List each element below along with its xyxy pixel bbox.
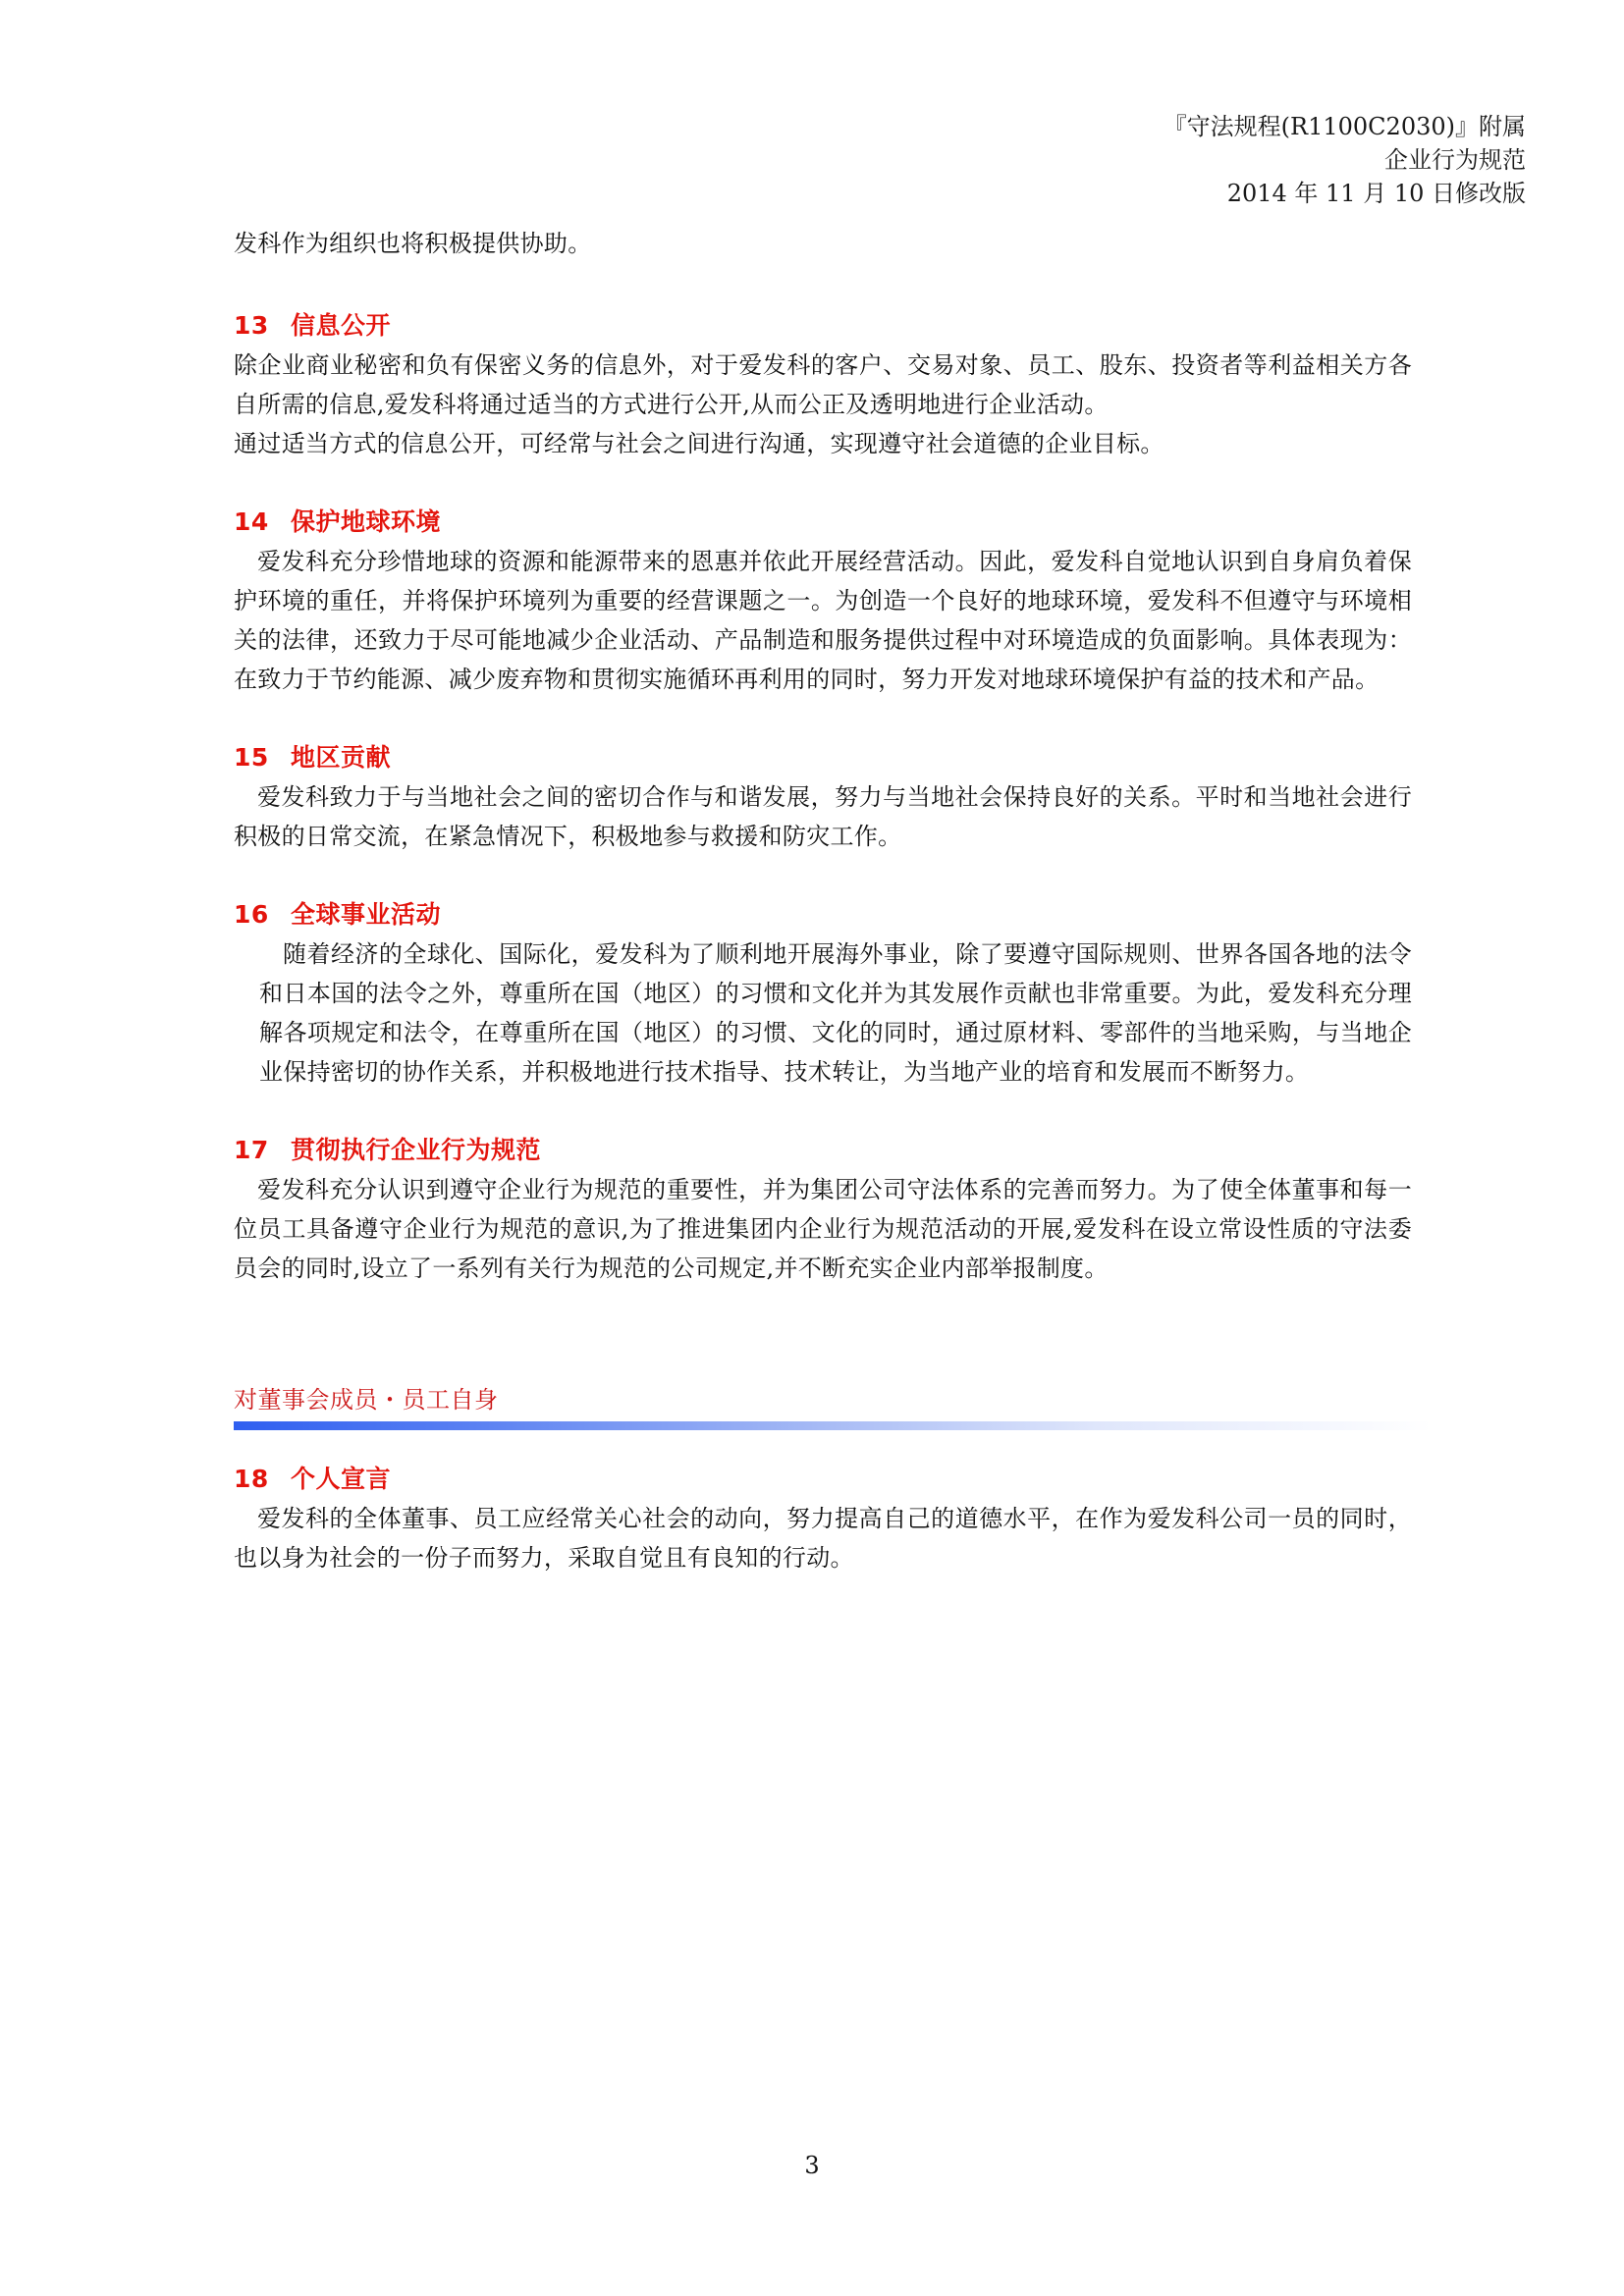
section-heading: 15地区贡献 bbox=[234, 738, 1412, 777]
section-heading: 14保护地球环境 bbox=[234, 503, 1412, 542]
header-document-name: 企业行为规范 bbox=[1164, 143, 1526, 177]
section-body: 除企业商业秘密和负有保密义务的信息外，对于爱发科的客户、交易对象、员工、股东、投… bbox=[234, 346, 1412, 463]
section-title: 个人宣言 bbox=[291, 1465, 391, 1493]
paragraph: 通过适当方式的信息公开，可经常与社会之间进行沟通，实现遵守社会道德的企业目标。 bbox=[234, 424, 1412, 463]
section-13: 13信息公开 除企业商业秘密和负有保密义务的信息外，对于爱发科的客户、交易对象、… bbox=[234, 306, 1412, 463]
section-15: 15地区贡献 爱发科致力于与当地社会之间的密切合作与和谐发展，努力与当地社会保持… bbox=[234, 738, 1412, 856]
section-number: 16 bbox=[234, 895, 291, 934]
section-heading: 17贯彻执行企业行为规范 bbox=[234, 1131, 1412, 1170]
paragraph: 爱发科充分认识到遵守企业行为规范的重要性，并为集团公司守法体系的完善而努力。为了… bbox=[234, 1170, 1412, 1288]
header-revision-date: 2014 年 11 月 10 日修改版 bbox=[1164, 177, 1526, 210]
section-number: 13 bbox=[234, 306, 291, 346]
page-number: 3 bbox=[0, 2152, 1624, 2179]
section-body: 随着经济的全球化、国际化，爱发科为了顺利地开展海外事业，除了要遵守国际规则、世界… bbox=[234, 934, 1412, 1092]
paragraph: 爱发科的全体董事、员工应经常关心社会的动向，努力提高自己的道德水平，在作为爱发科… bbox=[234, 1499, 1412, 1577]
section-title: 贯彻执行企业行为规范 bbox=[291, 1136, 541, 1164]
gradient-divider-bar bbox=[234, 1421, 1432, 1430]
section-heading: 16全球事业活动 bbox=[234, 895, 1412, 934]
paragraph: 随着经济的全球化、国际化，爱发科为了顺利地开展海外事业，除了要遵守国际规则、世界… bbox=[259, 934, 1412, 1092]
section-title: 信息公开 bbox=[291, 311, 391, 340]
section-body: 爱发科充分认识到遵守企业行为规范的重要性，并为集团公司守法体系的完善而努力。为了… bbox=[234, 1170, 1412, 1288]
section-body: 爱发科致力于与当地社会之间的密切合作与和谐发展，努力与当地社会保持良好的关系。平… bbox=[234, 777, 1412, 856]
section-body: 爱发科充分珍惜地球的资源和能源带来的恩惠并依此开展经营活动。因此，爱发科自觉地认… bbox=[234, 542, 1412, 699]
section-14: 14保护地球环境 爱发科充分珍惜地球的资源和能源带来的恩惠并依此开展经营活动。因… bbox=[234, 503, 1412, 699]
paragraph: 除企业商业秘密和负有保密义务的信息外，对于爱发科的客户、交易对象、员工、股东、投… bbox=[234, 346, 1412, 424]
section-number: 17 bbox=[234, 1131, 291, 1170]
section-number: 18 bbox=[234, 1460, 291, 1499]
section-heading: 13信息公开 bbox=[234, 306, 1412, 346]
category-title: 对董事会成员・员工自身 bbox=[234, 1382, 1412, 1417]
section-title: 保护地球环境 bbox=[291, 507, 441, 536]
section-number: 15 bbox=[234, 738, 291, 777]
document-header: 『守法规程(R1100C2030)』附属 企业行为规范 2014 年 11 月 … bbox=[1164, 110, 1526, 210]
section-16: 16全球事业活动 随着经济的全球化、国际化，爱发科为了顺利地开展海外事业，除了要… bbox=[234, 895, 1412, 1092]
paragraph: 爱发科致力于与当地社会之间的密切合作与和谐发展，努力与当地社会保持良好的关系。平… bbox=[234, 777, 1412, 856]
document-body: 发科作为组织也将积极提供协助。 13信息公开 除企业商业秘密和负有保密义务的信息… bbox=[234, 224, 1412, 1577]
paragraph: 爱发科充分珍惜地球的资源和能源带来的恩惠并依此开展经营活动。因此，爱发科自觉地认… bbox=[234, 542, 1412, 699]
continuation-text: 发科作为组织也将积极提供协助。 bbox=[234, 224, 1412, 263]
section-number: 14 bbox=[234, 503, 291, 542]
category-divider: 对董事会成员・员工自身 bbox=[234, 1382, 1412, 1430]
header-regulation-title: 『守法规程(R1100C2030)』附属 bbox=[1164, 110, 1526, 143]
section-heading: 18个人宣言 bbox=[234, 1460, 1412, 1499]
section-title: 地区贡献 bbox=[291, 743, 391, 772]
section-title: 全球事业活动 bbox=[291, 900, 441, 929]
section-body: 爱发科的全体董事、员工应经常关心社会的动向，努力提高自己的道德水平，在作为爱发科… bbox=[234, 1499, 1412, 1577]
section-18: 18个人宣言 爱发科的全体董事、员工应经常关心社会的动向，努力提高自己的道德水平… bbox=[234, 1460, 1412, 1577]
section-17: 17贯彻执行企业行为规范 爱发科充分认识到遵守企业行为规范的重要性，并为集团公司… bbox=[234, 1131, 1412, 1288]
